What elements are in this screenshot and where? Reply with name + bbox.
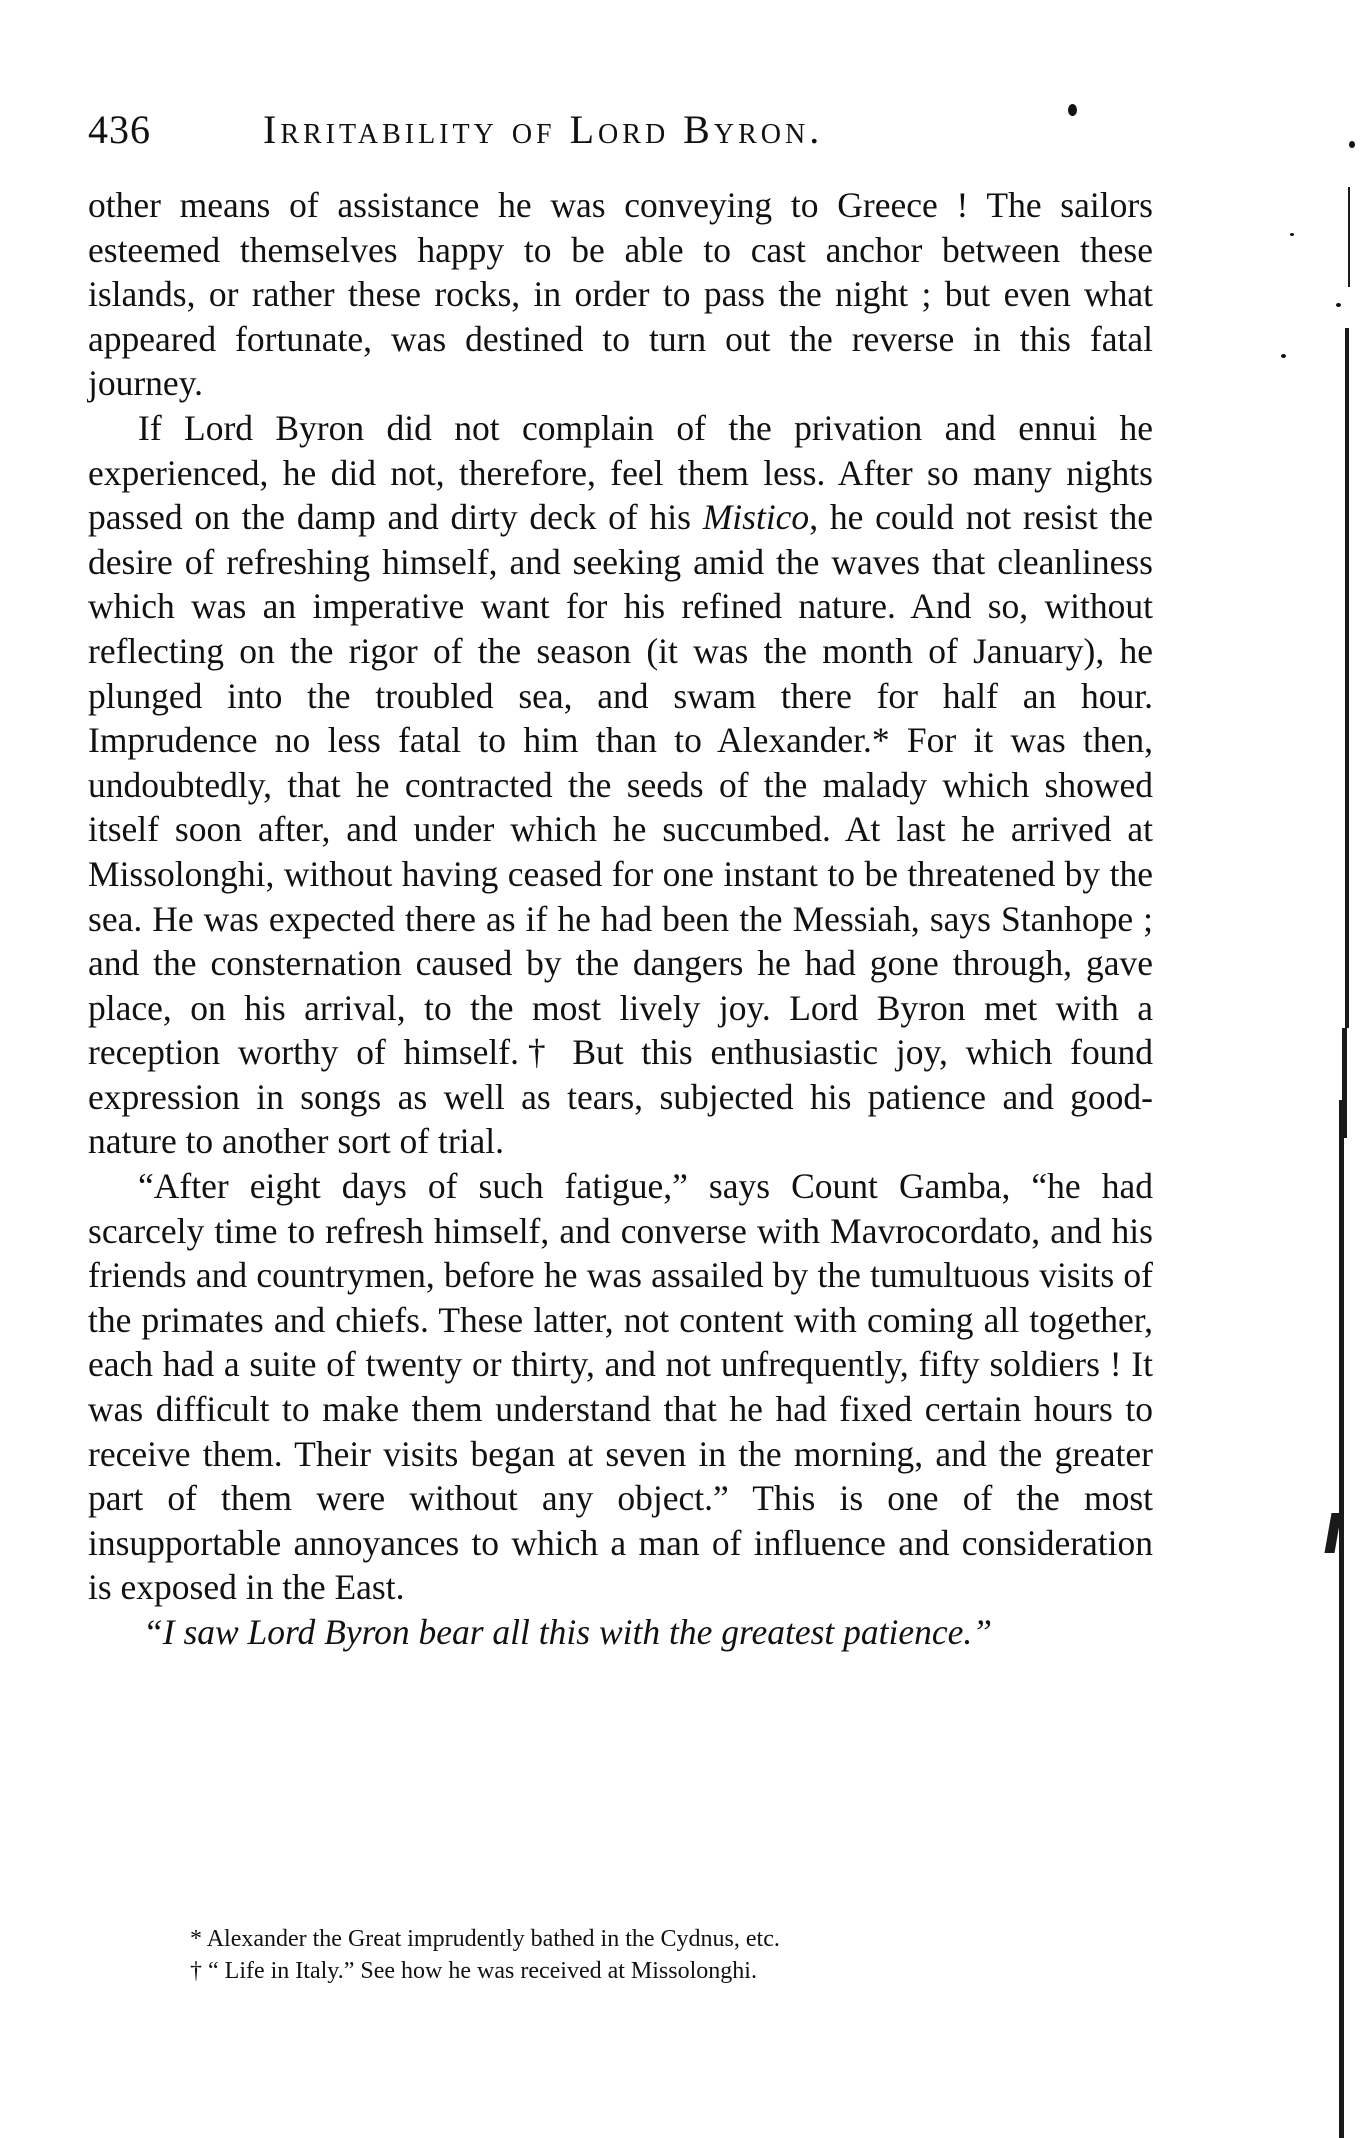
footnote-text: “ Life in Italy.” See how he was receive… [208, 1958, 757, 1984]
footnote: * Alexander the Great imprudently bathed… [190, 1923, 1090, 1955]
footnote-marker: † [190, 1958, 202, 1984]
page-header: 436 Irritability of Lord Byron. [88, 100, 1148, 160]
page-edge-line [1348, 187, 1350, 287]
scan-speck [1336, 303, 1341, 307]
body-text: other means of assistance he was conveyi… [88, 183, 1153, 1655]
running-title: Irritability of Lord Byron. [263, 100, 823, 160]
paragraph: If Lord Byron did not complain of the pr… [88, 406, 1153, 1164]
ship-name-italic: Mistico [703, 497, 809, 537]
page-number: 436 [88, 100, 151, 160]
scan-speck [1281, 354, 1286, 358]
paragraph: other means of assistance he was conveyi… [88, 183, 1153, 406]
page-edge-line [1345, 328, 1349, 1028]
page-edge-line [1339, 1100, 1344, 2138]
footnote: † “ Life in Italy.” See how he was recei… [190, 1955, 1090, 1987]
scan-speck [1290, 233, 1294, 236]
footnote-marker: * [190, 1926, 202, 1952]
paragraph: “After eight days of such fatigue,” says… [88, 1164, 1153, 1610]
italic-quote: “I saw Lord Byron bear all this with the… [88, 1610, 1153, 1655]
paragraph-text: , he could not resist the desire of refr… [88, 497, 1153, 1161]
footnote-text: Alexander the Great imprudently bathed i… [207, 1926, 780, 1952]
scan-speck [1349, 141, 1355, 148]
scan-speck [1068, 104, 1077, 116]
footnotes: * Alexander the Great imprudently bathed… [190, 1923, 1090, 1987]
book-page: 436 Irritability of Lord Byron. other me… [0, 0, 1363, 2138]
